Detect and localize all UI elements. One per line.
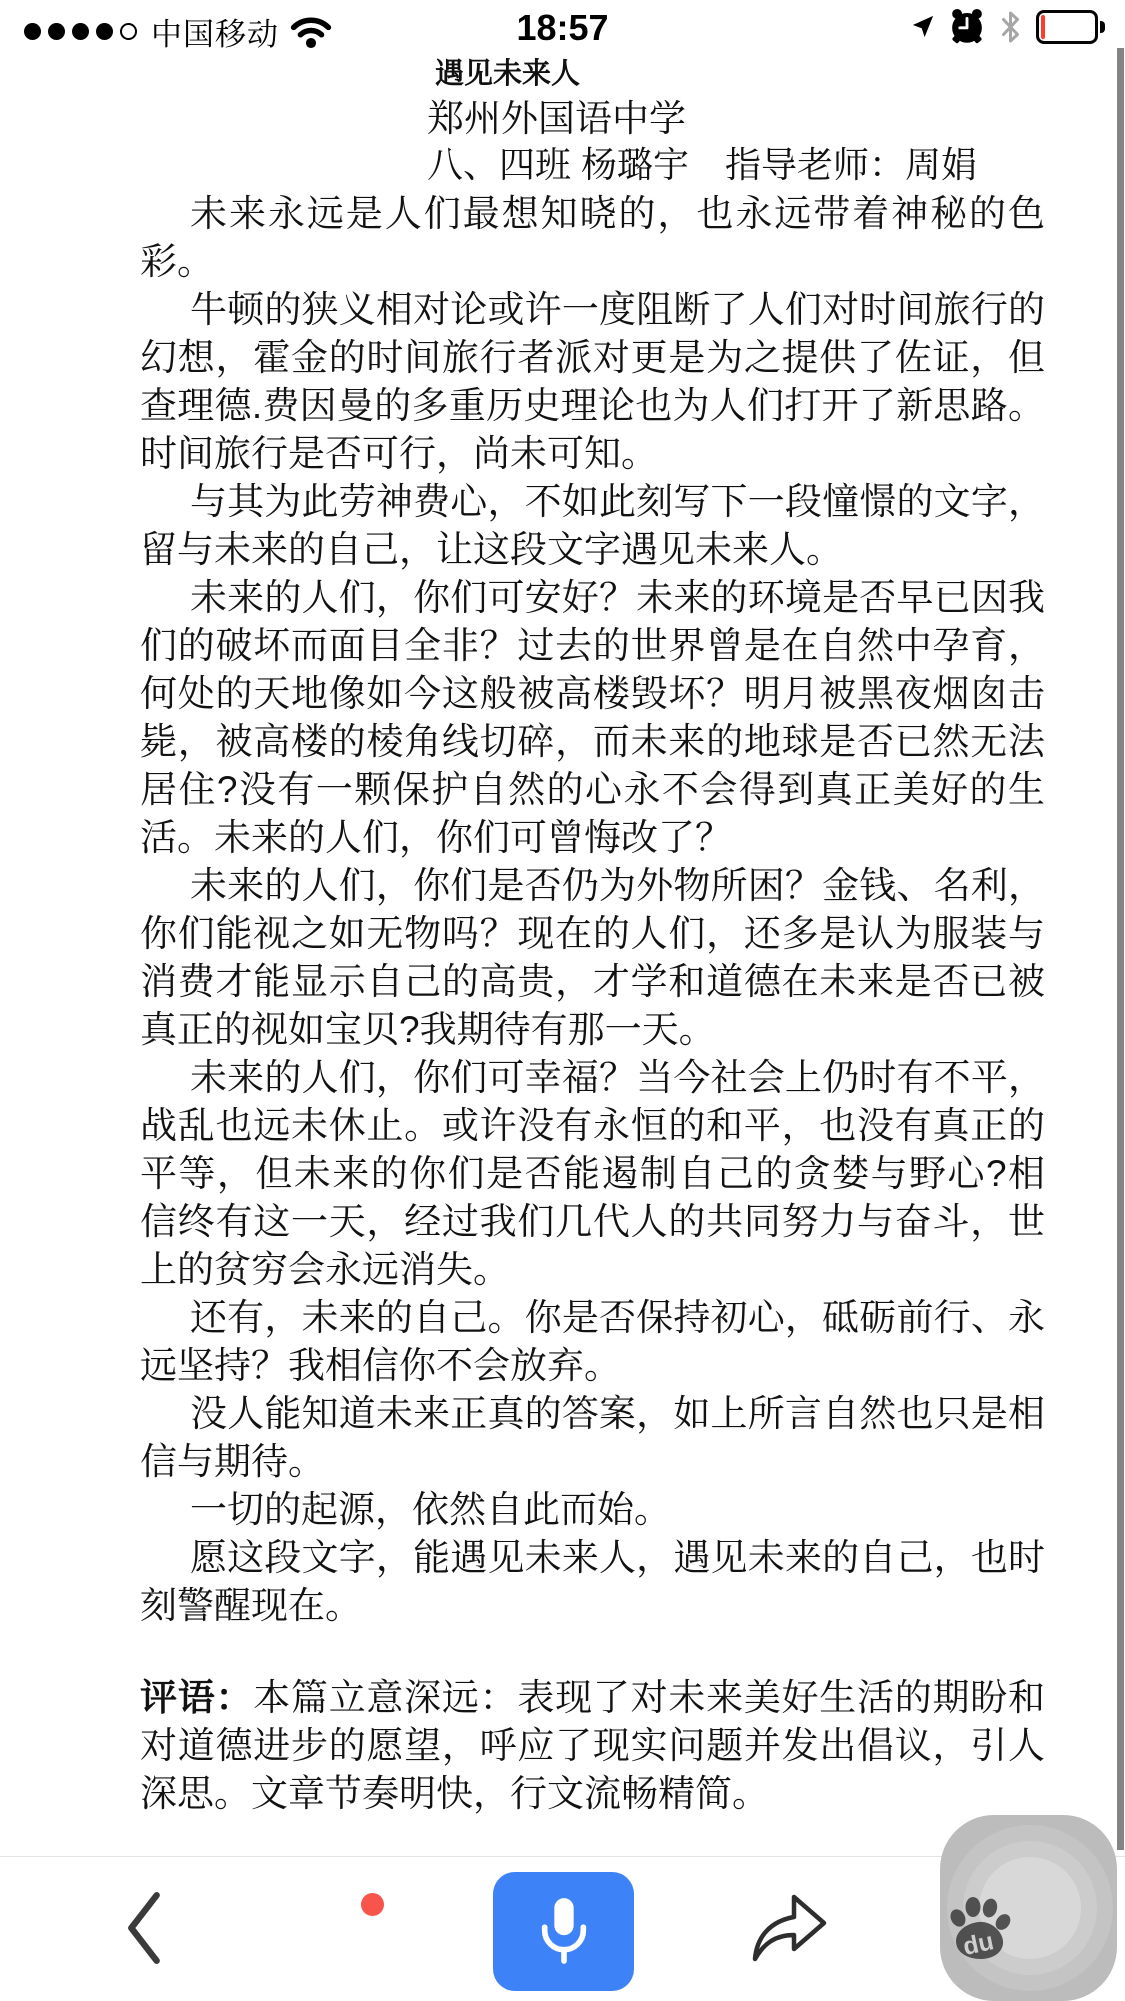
back-button[interactable]: [122, 1891, 166, 1965]
essay-byline: 八、四班 杨璐宇 指导老师：周娟: [427, 142, 1045, 188]
signal-dot: [24, 23, 41, 40]
clock-time: 18:57: [516, 7, 608, 49]
baidu-paw-logo-icon: du: [945, 1895, 1013, 1963]
menu-button[interactable]: [303, 1903, 393, 1979]
document-page: 遇见未来人 郑州外国语中学 八、四班 杨璐宇 指导老师：周娟 未来永远是人们最想…: [140, 56, 1045, 1848]
signal-dot: [48, 23, 65, 40]
status-bar: 中国移动 18:57: [0, 0, 1125, 52]
essay-paragraph: 还有，未来的自己。你是否保持初心，砥砺前行、永远坚持？我相信你不会放弃。: [140, 1294, 1045, 1390]
essay-paragraph: 愿这段文字，能遇见未来人，遇见未来的自己，也时刻警醒现在。: [140, 1534, 1045, 1630]
essay-title: 遇见未来人: [435, 56, 1045, 92]
share-forward-icon: [750, 1891, 830, 1971]
essay-paragraph: 没人能知道未来正真的答案，如上所言自然也只是相信与期待。: [140, 1390, 1045, 1486]
signal-dot: [72, 23, 89, 40]
wifi-icon: [289, 15, 333, 49]
essay-paragraph: 一切的起源，依然自此而始。: [140, 1486, 1045, 1534]
cell-signal-icon: [24, 23, 137, 40]
share-button[interactable]: [750, 1891, 830, 1971]
essay-paragraph: 未来的人们，你们可幸福？当今社会上仍时有不平，战乱也远未休止。或许没有永恒的和平…: [140, 1054, 1045, 1294]
comment-text: 本篇立意深远：表现了对未来美好生活的期盼和对道德进步的愿望，呼应了现实问题并发出…: [140, 1677, 1045, 1814]
status-left-group: 中国移动: [24, 9, 333, 54]
chevron-left-icon: [122, 1891, 166, 1965]
alarm-clock-icon: [949, 8, 985, 45]
essay-paragraph: 未来的人们，你们是否仍为外物所困？金钱、名利，你们能视之如无物吗？现在的人们，还…: [140, 862, 1045, 1054]
essay-paragraph: 未来永远是人们最想知晓的，也永远带着神秘的色彩。: [140, 190, 1045, 286]
comment-label: 评语：: [140, 1677, 253, 1718]
signal-dot-empty: [120, 23, 137, 40]
essay-body: 未来永远是人们最想知晓的，也永远带着神秘的色彩。 牛顿的狭义相对论或许一度阻断了…: [140, 190, 1045, 1630]
phone-screen: 中国移动 18:57: [0, 0, 1125, 2001]
baidu-camera-widget[interactable]: du: [940, 1815, 1117, 2001]
teacher-comment: 评语：本篇立意深远：表现了对未来美好生活的期盼和对道德进步的愿望，呼应了现实问题…: [140, 1674, 1045, 1818]
essay-paragraph: 与其为此劳神费心，不如此刻写下一段憧憬的文字，留与未来的自己，让这段文字遇见未来…: [140, 478, 1045, 574]
essay-school: 郑州外国语中学: [427, 96, 1045, 142]
scrollbar-thumb[interactable]: [1117, 48, 1124, 1850]
notification-badge: [361, 1893, 384, 1916]
essay-paragraph: 未来的人们，你们可安好？未来的环境是否早已因我们的破坏而面目全非？过去的世界曾是…: [140, 574, 1045, 862]
essay-paragraph: 牛顿的狭义相对论或许一度阻断了人们对时间旅行的幻想，霍金的时间旅行者派对更是为之…: [140, 286, 1045, 478]
bluetooth-icon: [998, 9, 1023, 45]
location-arrow-icon: [909, 13, 936, 40]
carrier-label: 中国移动: [151, 9, 279, 54]
status-right-group: [909, 8, 1105, 45]
voice-search-button[interactable]: [493, 1872, 634, 1991]
battery-icon: [1036, 10, 1105, 44]
microphone-icon: [535, 1892, 593, 1972]
signal-dot: [96, 23, 113, 40]
